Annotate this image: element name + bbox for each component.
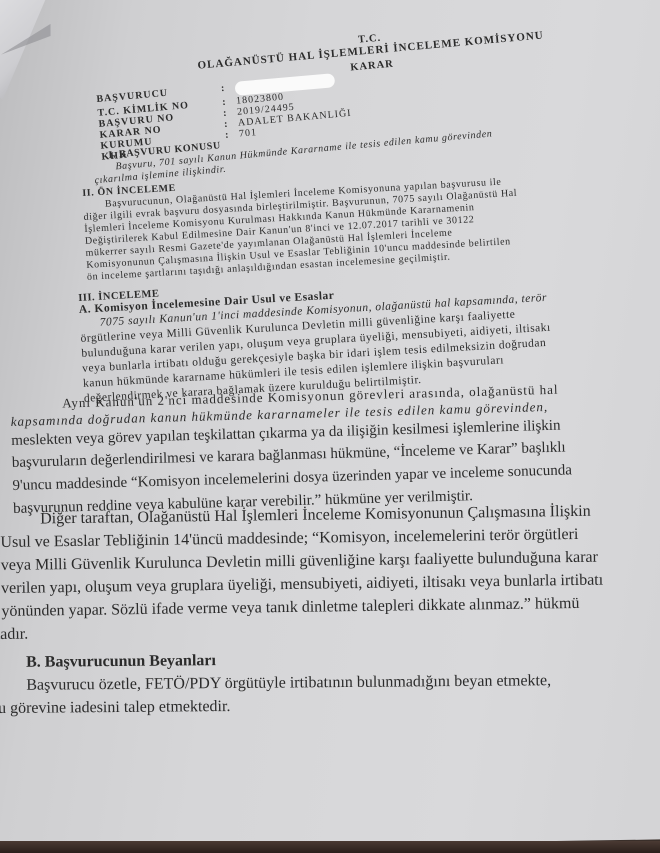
table-surface [0,841,660,853]
paragraph-article-2: Aynı Kanun'un 2'nci maddesinde Komisyonu… [10,380,573,521]
section-applicant-statements: B. Başvurucunun Beyanları Başvurucu özet… [0,647,551,720]
paragraph-article-14: Diğer taraftan, Olağanüstü Hal İşlemleri… [0,500,604,646]
page-corner-fold [0,0,52,100]
